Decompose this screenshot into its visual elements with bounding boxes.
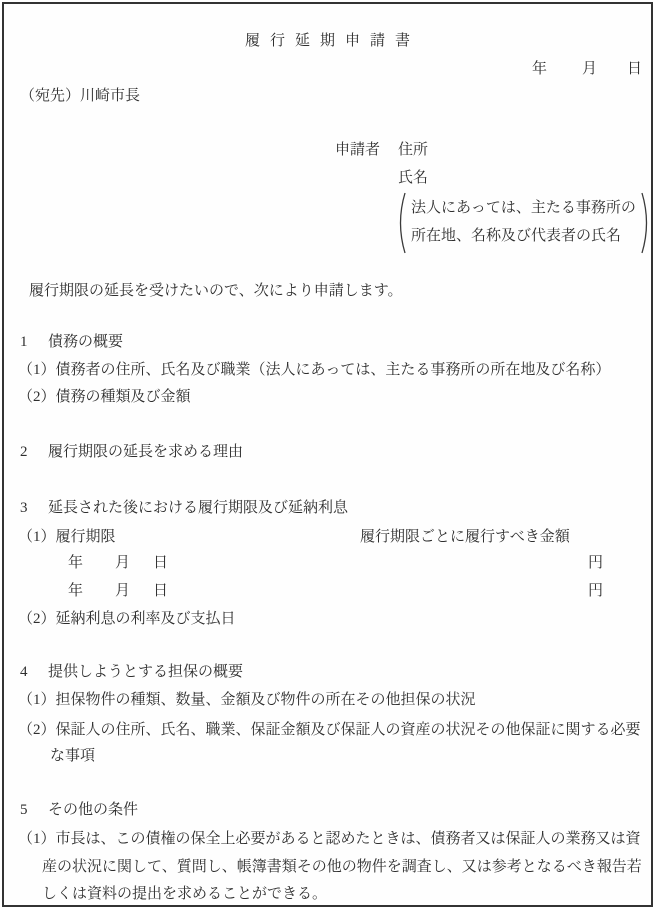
date-month-label: 月	[582, 59, 597, 79]
section4-header: 4提供しようとする担保の概要	[20, 662, 243, 682]
applicant-name-label: 氏名	[398, 168, 428, 188]
section1-title: 債務の概要	[48, 334, 123, 350]
section4-item2-line1: （2）保証人の住所、氏名、職業、保証金額及び保証人の資産の状況その他保証に関する…	[18, 720, 641, 740]
section3-item2: （2）延納利息の利率及び支払日	[18, 609, 236, 629]
section2-title: 履行期限の延長を求める理由	[48, 444, 243, 460]
section5-number: 5	[20, 800, 48, 820]
corporate-note-left-paren-icon	[395, 192, 406, 254]
section4-title: 提供しようとする担保の概要	[48, 664, 243, 680]
row1-yen-label: 円	[588, 553, 603, 573]
applicant-label: 申請者	[335, 140, 380, 160]
section5-item1-line1: （1）市長は、この債権の保全上必要があると認めたときは、債務者又は保証人の業務又…	[18, 829, 641, 849]
section1-item2: （2）債務の種類及び金額	[18, 387, 191, 407]
section3-amount-header: 履行期限ごとに履行すべき金額	[360, 527, 570, 547]
row2-day-label: 日	[153, 581, 168, 601]
row2-year-label: 年	[68, 581, 83, 601]
intro-paragraph: 履行期限の延長を受けたいので、次により申請します。	[29, 281, 403, 301]
date-day-label: 日	[627, 59, 642, 79]
section4-item1: （1）担保物件の種類、数量、金額及び物件の所在その他担保の状況	[18, 690, 476, 710]
section5-item1-line2: 産の状況に関して、質問し、帳簿書類その他の物件を調査し、又は参考となるべき報告若	[42, 857, 642, 877]
section1-item1: （1）債務者の住所、氏名及び職業（法人にあっては、主たる事務所の所在地及び名称）	[18, 360, 610, 380]
section1-header: 1債務の概要	[20, 332, 123, 352]
section2-number: 2	[20, 442, 48, 462]
performance-extension-application-form: 履行延期申請書 年 月 日 （宛先）川崎市長 申請者 住所 氏名 法人にあっては…	[2, 2, 653, 907]
corporate-note-right-paren-icon	[641, 192, 652, 254]
section3-item1: （1）履行期限	[18, 527, 116, 547]
date-year-label: 年	[532, 59, 547, 79]
section5-title: その他の条件	[48, 802, 138, 818]
row1-year-label: 年	[68, 553, 83, 573]
row2-yen-label: 円	[588, 581, 603, 601]
section5-header: 5その他の条件	[20, 800, 138, 820]
section1-number: 1	[20, 332, 48, 352]
recipient-line: （宛先）川崎市長	[20, 86, 140, 106]
section3-number: 3	[20, 498, 48, 518]
row2-month-label: 月	[115, 581, 130, 601]
corporate-note-line1: 法人にあっては、主たる事務所の	[411, 198, 636, 218]
section5-item1-line3: しくは資料の提出を求めることができる。	[42, 884, 327, 904]
form-title: 履行延期申請書	[4, 31, 651, 51]
corporate-note-line2: 所在地、名称及び代表者の氏名	[411, 226, 621, 246]
section3-title: 延長された後における履行期限及び延納利息	[48, 500, 348, 516]
applicant-address-label: 住所	[398, 140, 428, 160]
section4-item2-line2: な事項	[50, 746, 95, 766]
section3-header: 3延長された後における履行期限及び延納利息	[20, 498, 348, 518]
section2-header: 2履行期限の延長を求める理由	[20, 442, 243, 462]
section4-number: 4	[20, 662, 48, 682]
row1-day-label: 日	[153, 553, 168, 573]
row1-month-label: 月	[115, 553, 130, 573]
